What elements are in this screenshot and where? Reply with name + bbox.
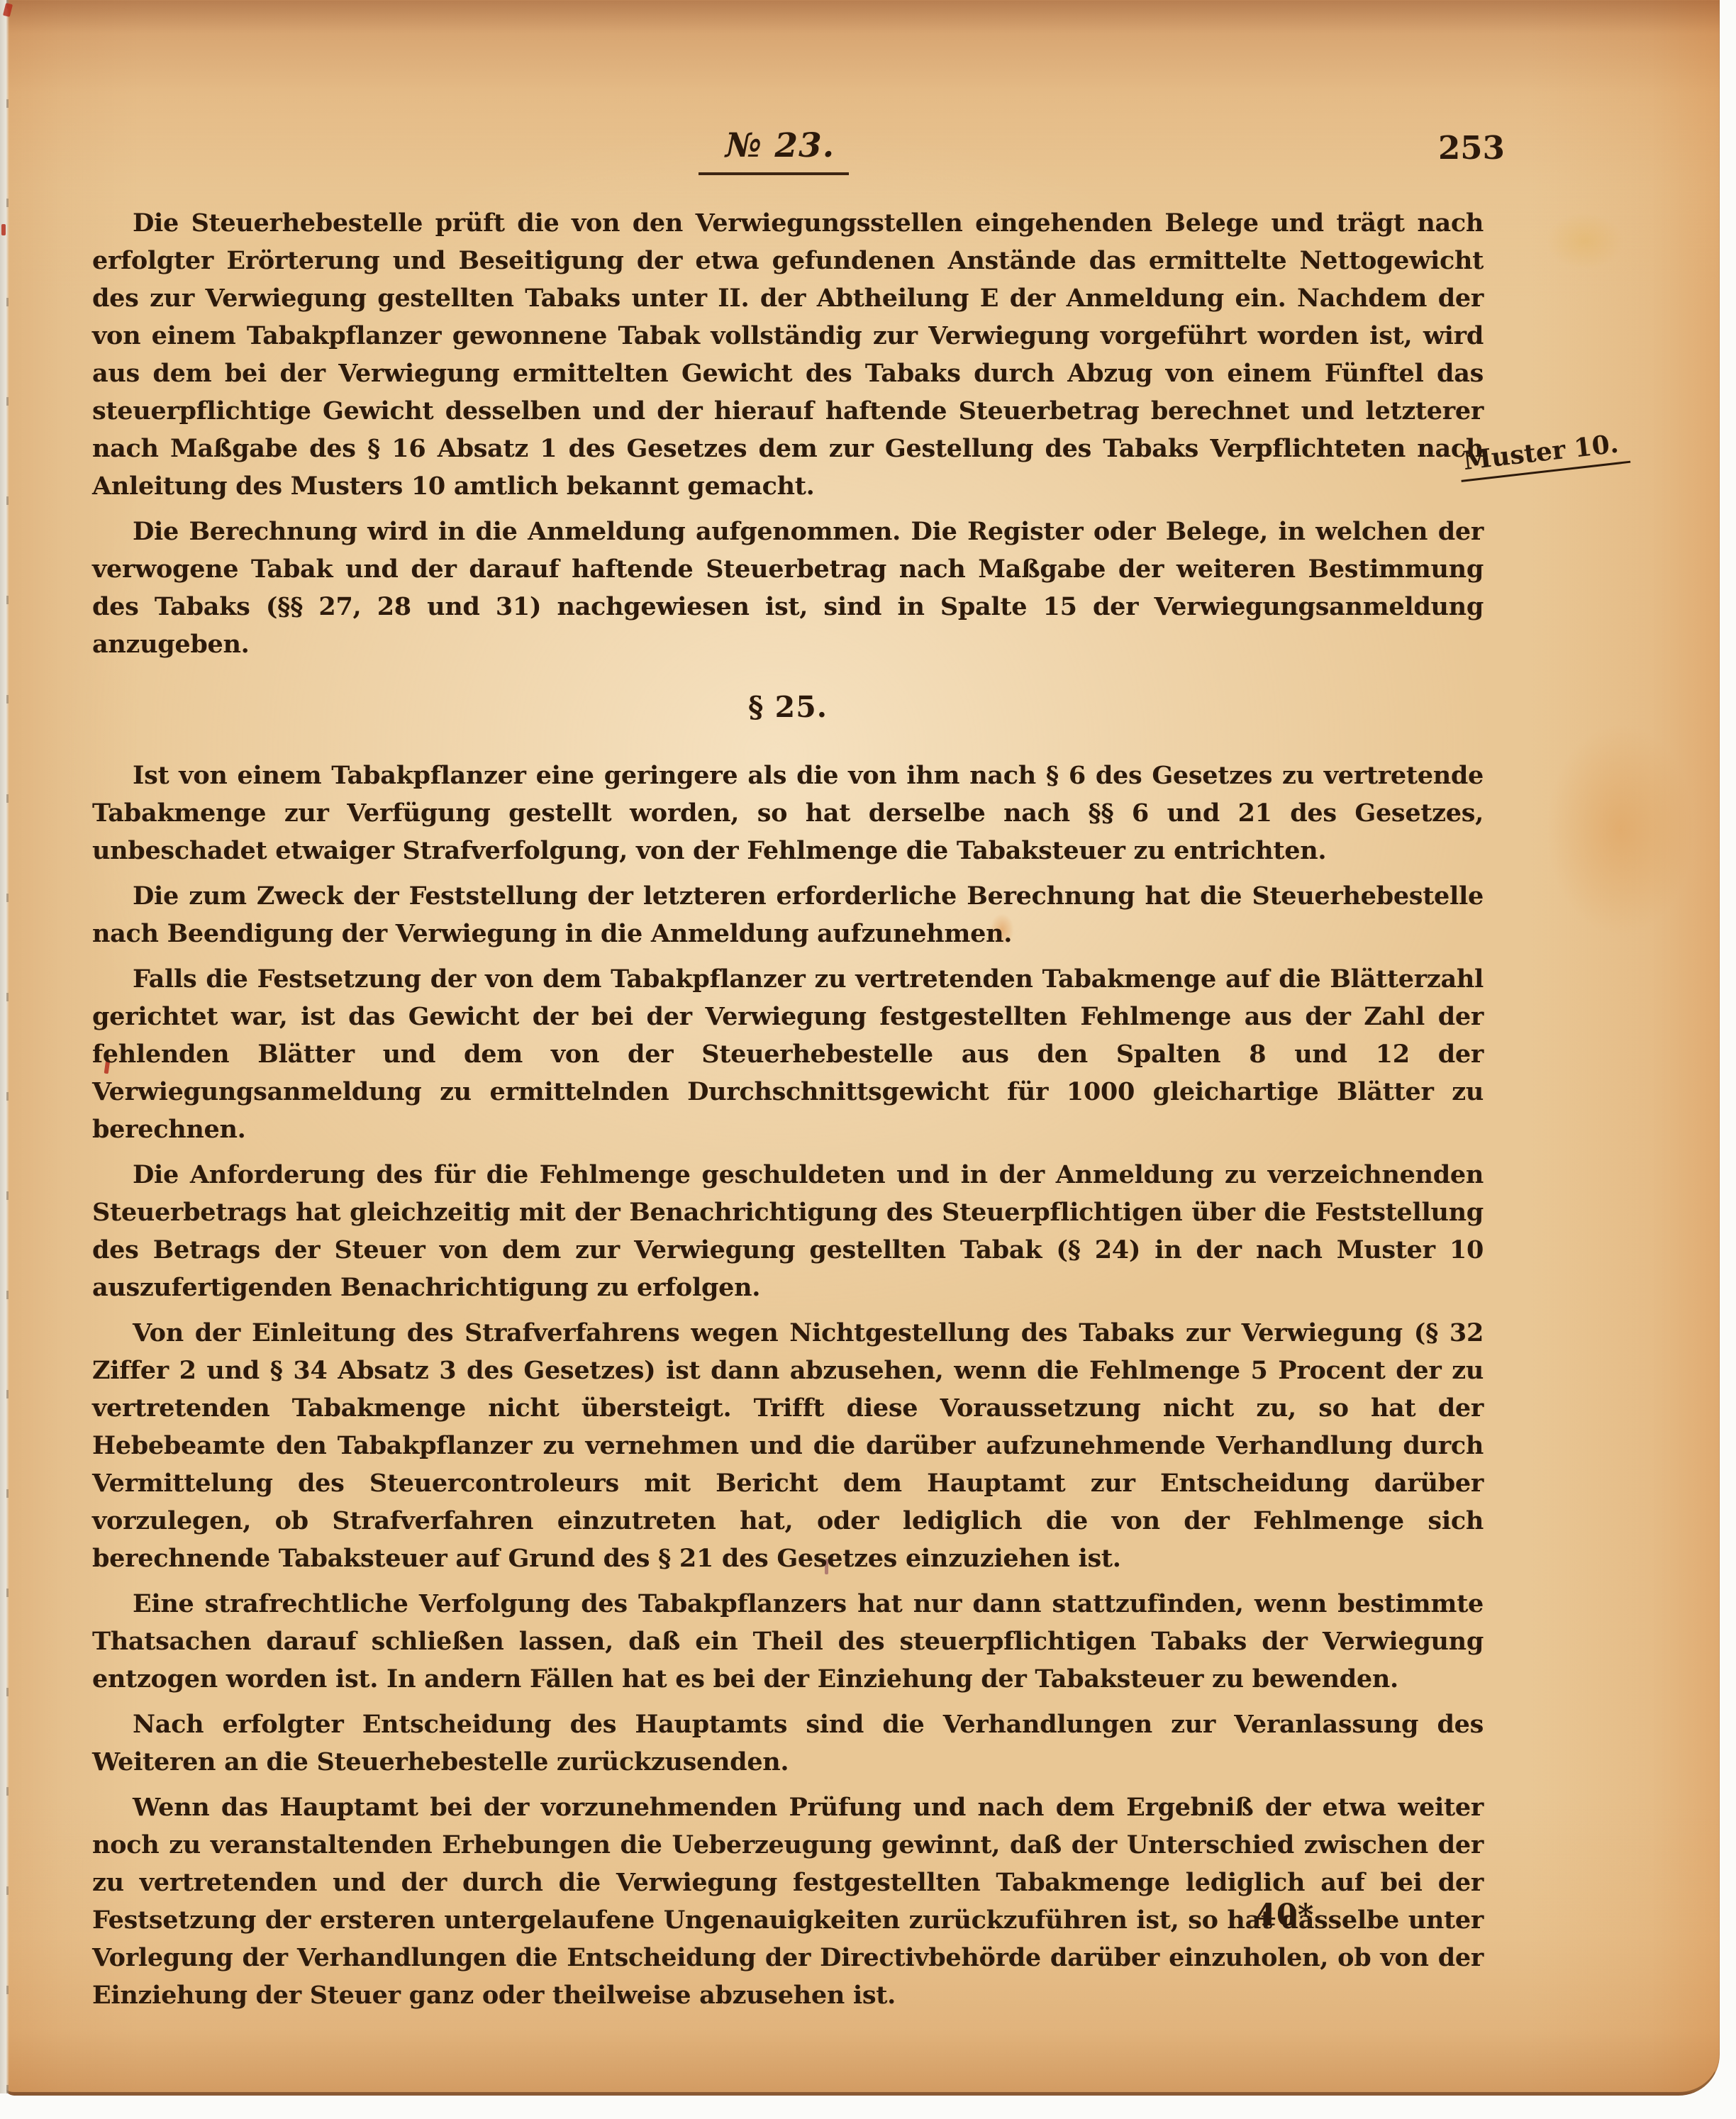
body-paragraph-6: Die Anforderung des für die Fehlmenge ge… bbox=[92, 1156, 1484, 1306]
body-paragraph-3: Ist von einem Tabakpflanzer eine geringe… bbox=[92, 757, 1484, 869]
body-paragraph-9: Nach erfolgter Entscheidung des Hauptamt… bbox=[92, 1706, 1484, 1781]
printers-signature-mark: 40* bbox=[1255, 1898, 1313, 1933]
body-paragraph-4: Die zum Zweck der Feststellung der letzt… bbox=[92, 877, 1484, 952]
section-heading: § 25. bbox=[92, 690, 1484, 724]
scanned-document-page: № 23. 253 Muster 10. Die Steuerhebestell… bbox=[0, 0, 1736, 2119]
body-paragraph-1: Die Steuerhebestelle prüft die von den V… bbox=[92, 204, 1484, 505]
body-paragraph-7: Von der Einleitung des Strafverfahrens w… bbox=[92, 1314, 1484, 1577]
red-ink-mark bbox=[1, 224, 6, 235]
page-number: 253 bbox=[1438, 129, 1505, 167]
issue-number-heading: № 23. bbox=[725, 126, 835, 165]
scan-edge-dashes bbox=[6, 0, 9, 2093]
body-paragraph-5: Falls die Festsetzung der von dem Tabakp… bbox=[92, 960, 1484, 1148]
body-paragraph-8: Eine strafrechtliche Verfolgung des Taba… bbox=[92, 1585, 1484, 1698]
body-paragraph-2: Die Berechnung wird in die Anmeldung auf… bbox=[92, 513, 1484, 663]
text-block: Die Steuerhebestelle prüft die von den V… bbox=[92, 204, 1484, 2022]
heading-rule bbox=[699, 172, 849, 175]
